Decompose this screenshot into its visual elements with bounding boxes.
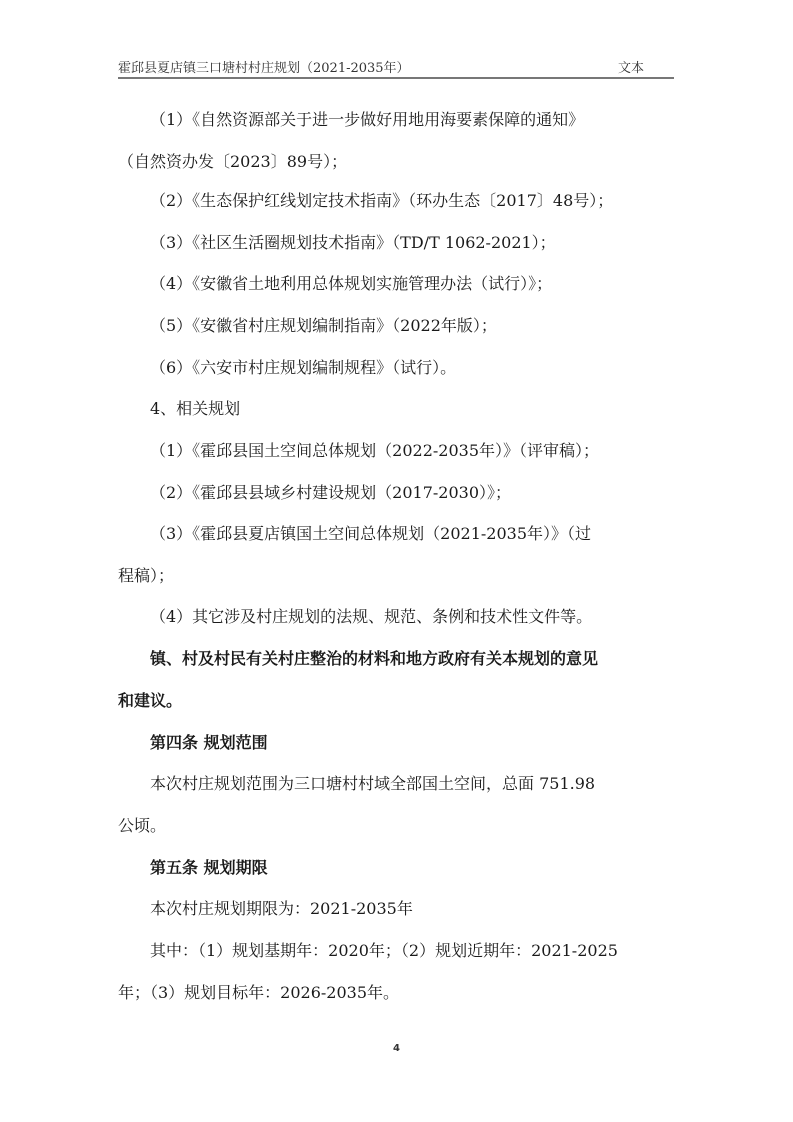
document-type-label: 文本: [618, 57, 644, 76]
related-plan-4: （4）其它涉及村庄规划的法规、规范、条例和技术性文件等。: [150, 605, 710, 629]
related-plan-1: （1）《霍邱县国土空间总体规划（2022-2035年）》（评审稿）；: [150, 439, 710, 463]
section-heading-related-plans: 4、相关规划: [150, 397, 710, 421]
related-plan-3: （3）《霍邱县夏店镇国土空间总体规划（2021-2035年）》（过: [150, 522, 710, 546]
reference-item-4: （4）《安徽省土地利用总体规划实施管理办法（试行）》；: [150, 272, 710, 296]
reference-item-3: （3）《社区生活圈规划技术指南》（TD/T 1062-2021）；: [150, 231, 710, 255]
article-5-detail: 其中：（1）规划基期年：2020年；（2）规划近期年：2021-2025: [150, 939, 710, 963]
page-number: 4: [0, 1043, 793, 1054]
document-title: 霍邱县夏店镇三口塘村村庄规划（2021-2035年）: [118, 57, 410, 76]
article-4-text-cont: 公顷。: [118, 814, 678, 838]
header-divider: [118, 77, 674, 79]
bold-paragraph-cont: 和建议。: [118, 689, 678, 713]
article-5-heading: 第五条 规划期限: [150, 856, 710, 880]
reference-item-1-cont: （自然资办发〔2023〕89号）；: [118, 150, 678, 174]
reference-item-6: （6）《六安市村庄规划编制规程》（试行）。: [150, 356, 710, 380]
article-4-text: 本次村庄规划范围为三口塘村村域全部国土空间，总面 751.98: [150, 772, 710, 796]
reference-item-5: （5）《安徽省村庄规划编制指南》（2022年版）；: [150, 314, 710, 338]
article-4-heading: 第四条 规划范围: [150, 731, 710, 755]
reference-item-2: （2）《生态保护红线划定技术指南》（环办生态〔2017〕48号）；: [150, 189, 710, 213]
header-bar: 霍邱县夏店镇三口塘村村庄规划（2021-2035年） 文本: [118, 55, 674, 79]
article-5-text: 本次村庄规划期限为：2021-2035年: [150, 897, 710, 921]
related-plan-2: （2）《霍邱县县域乡村建设规划（2017-2030）》；: [150, 481, 710, 505]
article-5-detail-cont: 年；（3）规划目标年：2026-2035年。: [118, 981, 678, 1005]
reference-item-1: （1）《自然资源部关于进一步做好用地用海要素保障的通知》: [150, 108, 710, 132]
bold-paragraph: 镇、村及村民有关村庄整治的材料和地方政府有关本规划的意见: [150, 647, 710, 671]
related-plan-3-cont: 程稿）；: [118, 564, 678, 588]
